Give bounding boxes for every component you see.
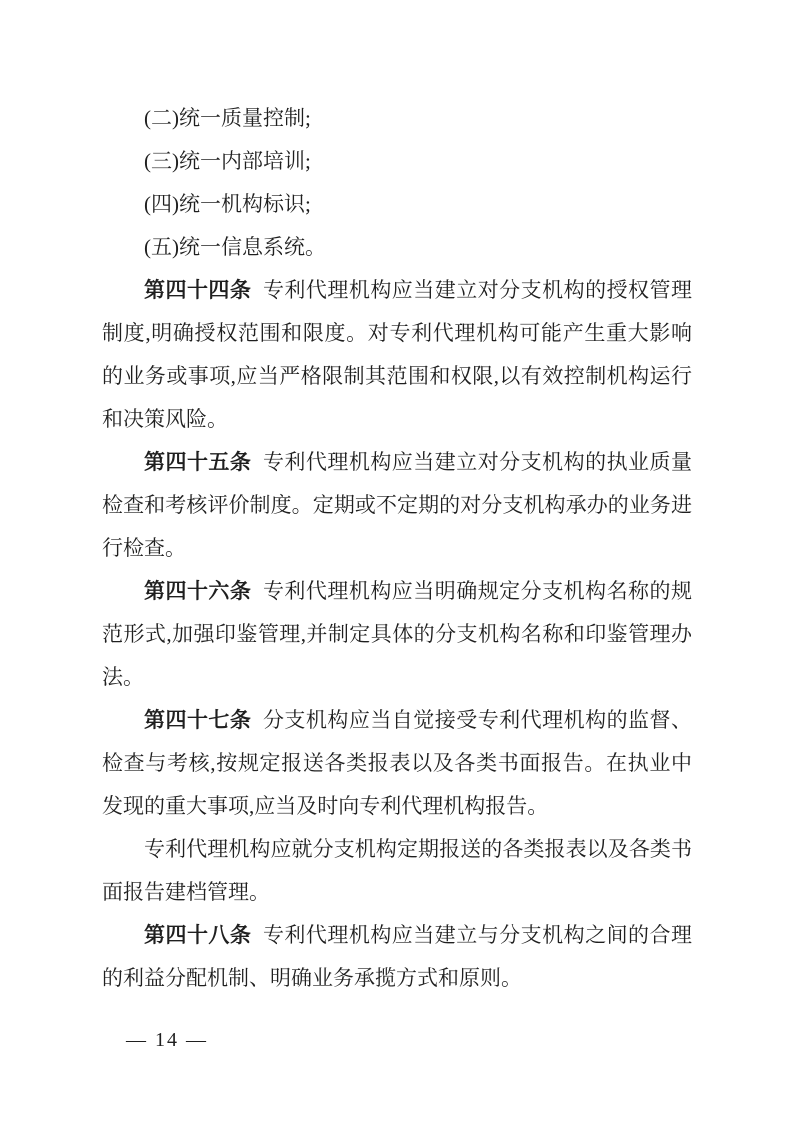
page-number: — 14 — [126,1029,208,1051]
list-item-text: (五)统一信息系统。 [144,235,326,259]
list-item-text: (四)统一机构标识; [144,192,311,216]
article-47b-text: 专利代理机构应就分支机构定期报送的各类报表以及各类书面报告建档管理。 [102,837,692,904]
list-item-5: (五)统一信息系统。 [102,226,692,269]
list-item-text: (三)统一内部培训; [144,149,311,173]
article-44-number: 第四十四条 [144,278,251,302]
list-item-2: (二)统一质量控制; [102,97,692,140]
list-item-4: (四)统一机构标识; [102,183,692,226]
list-item-text: (二)统一质量控制; [144,106,311,130]
paragraph-article-46: 第四十六条专利代理机构应当明确规定分支机构名称的规范形式,加强印鉴管理,并制定具… [102,570,692,699]
article-46-number: 第四十六条 [144,579,251,603]
paragraph-article-47: 第四十七条分支机构应当自觉接受专利代理机构的监督、检查与考核,按规定报送各类报表… [102,699,692,828]
paragraph-article-47-continuation: 专利代理机构应就分支机构定期报送的各类报表以及各类书面报告建档管理。 [102,828,692,914]
list-item-3: (三)统一内部培训; [102,140,692,183]
page-footer: — 14 — [126,1028,208,1052]
paragraph-article-45: 第四十五条专利代理机构应当建立对分支机构的执业质量检查和考核评价制度。定期或不定… [102,441,692,570]
article-45-number: 第四十五条 [144,450,251,474]
document-page: (二)统一质量控制; (三)统一内部培训; (四)统一机构标识; (五)统一信息… [0,0,793,1122]
paragraph-article-44: 第四十四条专利代理机构应当建立对分支机构的授权管理制度,明确授权范围和限度。对专… [102,269,692,441]
paragraph-article-48: 第四十八条专利代理机构应当建立与分支机构之间的合理的利益分配机制、明确业务承揽方… [102,914,692,1000]
article-47-number: 第四十七条 [144,708,251,732]
article-48-number: 第四十八条 [144,923,251,947]
document-body: (二)统一质量控制; (三)统一内部培训; (四)统一机构标识; (五)统一信息… [102,97,692,1000]
